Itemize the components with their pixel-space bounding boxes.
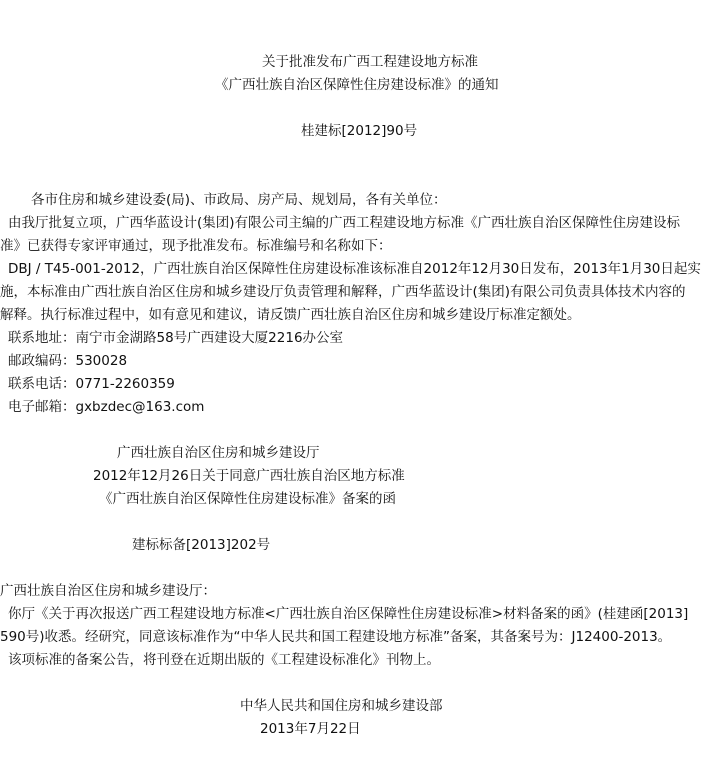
notice-title-line2: 《广西壮族自治区保障性住房建设标准》的通知 [215,76,499,94]
contact-postcode: 邮政编码：530028 [8,352,127,370]
filing-body-line: 你厅《关于再次报送广西工程建设地方标准<广西壮族自治区保障性住房建设标准>材料备… [8,605,688,623]
notice-salutation: 各市住房和城乡建设委(局)、市政局、房产局、规划局，各有关单位： [31,191,447,209]
notice-body-line: DBJ / T45-001-2012，广西壮族自治区保障性住房建设标准该标准自2… [8,260,701,278]
filing-body-line: 该项标准的备案公告，将刊登在近期出版的《工程建设标准化》刊物上。 [8,651,440,669]
notice-doc-number: 桂建标[2012]90号 [301,122,417,140]
filing-date: 2013年7月22日 [260,720,361,738]
notice-body-line: 准》已获得专家评审通过，现予批准发布。标准编号和名称如下： [0,237,392,255]
notice-body-line: 解释。执行标准过程中，如有意见和建议，请反馈广西壮族自治区住房和城乡建设厅标准定… [0,306,581,324]
filing-recipient: 广西壮族自治区住房和城乡建设厅： [0,582,216,600]
contact-email: 电子邮箱：gxbzdec@163.com [8,398,204,416]
filing-body-line: 590号)收悉。经研究，同意该标准作为“中华人民共和国工程建设地方标准”备案，其… [0,628,671,646]
notice-body-line: 施，本标准由广西壮族自治区住房和城乡建设厅负责管理和解释，广西华蓝设计(集团)有… [0,283,686,301]
filing-title-line1: 2012年12月26日关于同意广西壮族自治区地方标准 [93,467,405,485]
filing-issuer: 广西壮族自治区住房和城乡建设厅 [117,444,320,462]
filing-title-line2: 《广西壮族自治区保障性住房建设标准》备案的函 [99,490,396,508]
contact-phone: 联系电话：0771-2260359 [8,375,175,393]
filing-signature: 中华人民共和国住房和城乡建设部 [240,697,443,715]
filing-doc-number: 建标标备[2013]202号 [132,536,270,554]
notice-title-line1: 关于批准发布广西工程建设地方标准 [262,53,478,71]
contact-address: 联系地址：南宁市金湖路58号广西建设大厦2216办公室 [8,329,343,347]
notice-body-line: 由我厅批复立项，广西华蓝设计(集团)有限公司主编的广西工程建设地方标准《广西壮族… [8,214,680,232]
